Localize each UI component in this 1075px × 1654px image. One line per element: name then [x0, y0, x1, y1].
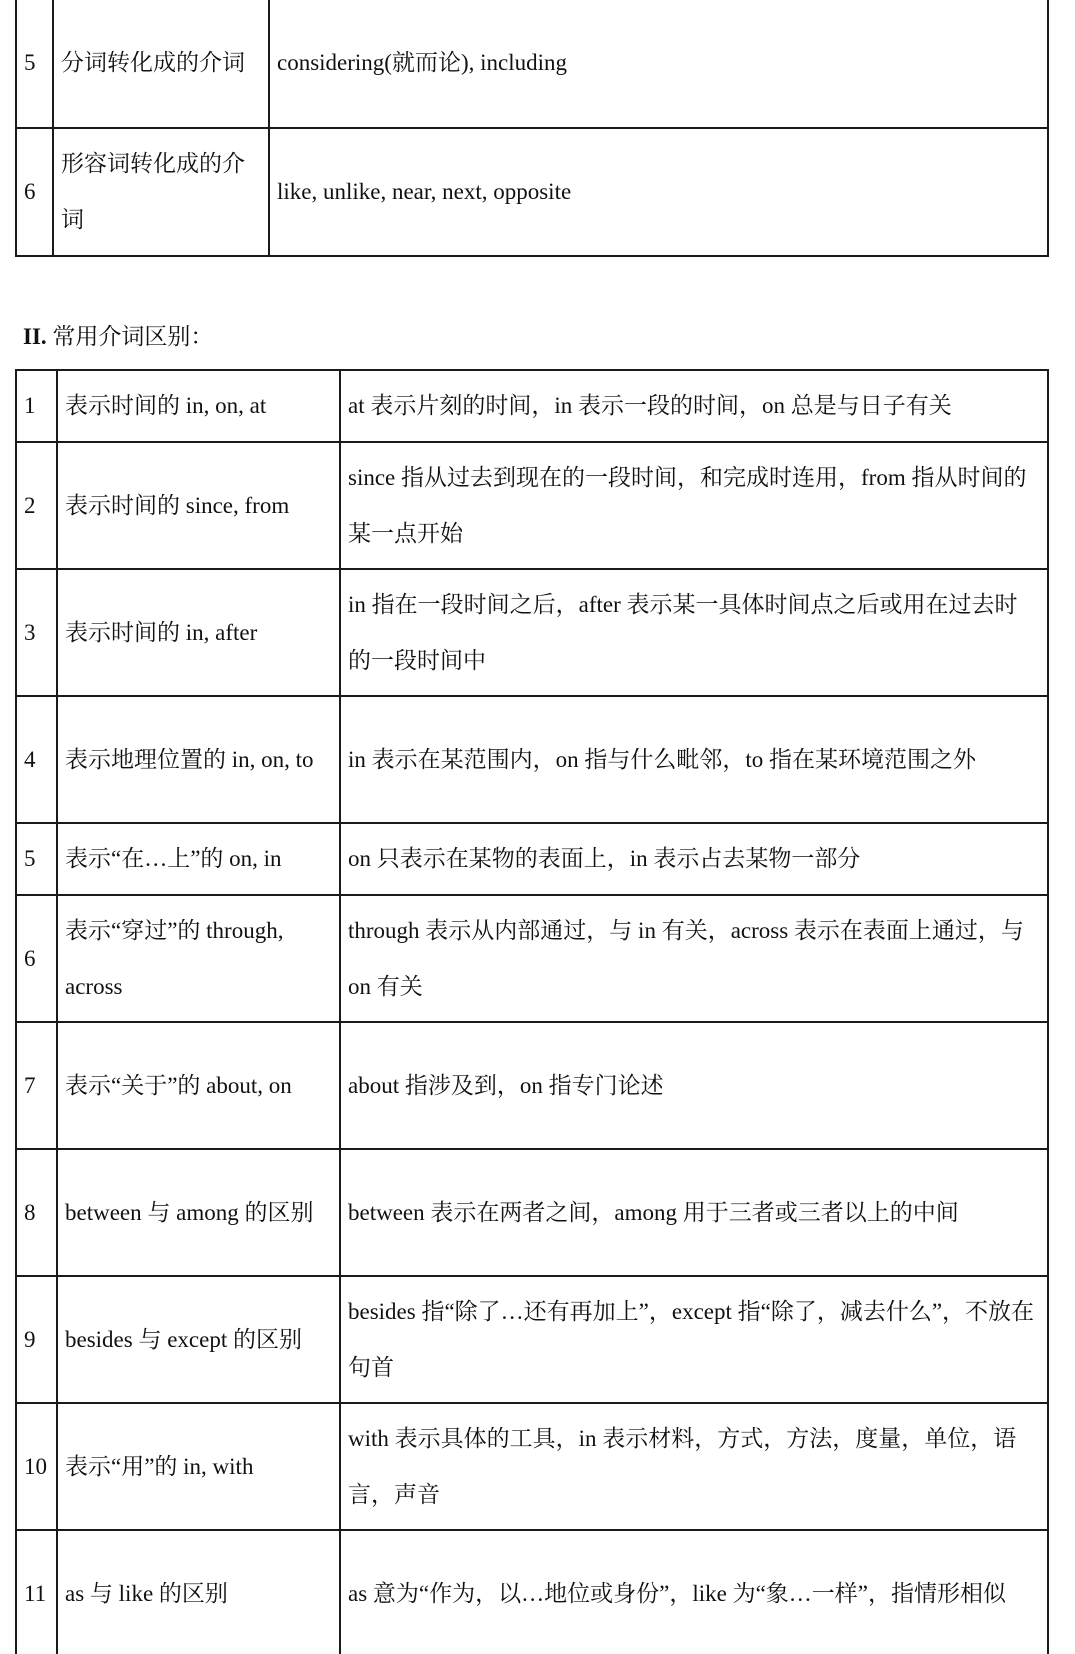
- table-row: 5 表示“在…上”的 on, in on 只表示在某物的表面上，in 表示占去某…: [16, 823, 1048, 895]
- preposition-differences-table: 1 表示时间的 in, on, at at 表示片刻的时间，in 表示一段的时间…: [15, 369, 1049, 1654]
- section-title-text: 常用介词区别：: [52, 324, 213, 349]
- section-heading: II. 常用介词区别：: [23, 322, 213, 352]
- row-number: 1: [16, 370, 57, 442]
- explanation-cell: with 表示具体的工具，in 表示材料，方式，方法，度量，单位，语言，声音: [340, 1403, 1048, 1530]
- topic-cell: besides 与 except 的区别: [57, 1276, 340, 1403]
- row-number: 5: [16, 823, 57, 895]
- topic-cell: 表示时间的 in, on, at: [57, 370, 340, 442]
- table-row: 10 表示“用”的 in, with with 表示具体的工具，in 表示材料，…: [16, 1403, 1048, 1530]
- explanation-cell: between 表示在两者之间，among 用于三者或三者以上的中间: [340, 1149, 1048, 1276]
- row-number: 6: [16, 128, 53, 256]
- topic-cell: 表示地理位置的 in, on, to: [57, 696, 340, 823]
- topic-cell: 表示时间的 in, after: [57, 569, 340, 696]
- table-row: 11 as 与 like 的区别 as 意为“作为，以…地位或身份”，like …: [16, 1530, 1048, 1654]
- category-cell: 形容词转化成的介词: [53, 128, 269, 256]
- table-row: 8 between 与 among 的区别 between 表示在两者之间，am…: [16, 1149, 1048, 1276]
- explanation-cell: on 只表示在某物的表面上，in 表示占去某物一部分: [340, 823, 1048, 895]
- explanation-cell: in 指在一段时间之后，after 表示某一具体时间点之后或用在过去时的一段时间…: [340, 569, 1048, 696]
- topic-cell: 表示“穿过”的 through, across: [57, 895, 340, 1022]
- table-row: 6 表示“穿过”的 through, across through 表示从内部通…: [16, 895, 1048, 1022]
- table-row: 7 表示“关于”的 about, on about 指涉及到，on 指专门论述: [16, 1022, 1048, 1149]
- row-number: 5: [16, 0, 53, 128]
- table-row: 2 表示时间的 since, from since 指从过去到现在的一段时间，和…: [16, 442, 1048, 569]
- table-row: 4 表示地理位置的 in, on, to in 表示在某范围内，on 指与什么毗…: [16, 696, 1048, 823]
- category-cell: 分词转化成的介词: [53, 0, 269, 128]
- examples-cell: like, unlike, near, next, opposite: [269, 128, 1048, 256]
- row-number: 3: [16, 569, 57, 696]
- row-number: 6: [16, 895, 57, 1022]
- row-number: 11: [16, 1530, 57, 1654]
- row-number: 8: [16, 1149, 57, 1276]
- topic-cell: 表示时间的 since, from: [57, 442, 340, 569]
- topic-cell: as 与 like 的区别: [57, 1530, 340, 1654]
- table-row: 3 表示时间的 in, after in 指在一段时间之后，after 表示某一…: [16, 569, 1048, 696]
- table-row: 5 分词转化成的介词 considering(就而论), including: [16, 0, 1048, 128]
- examples-cell: considering(就而论), including: [269, 0, 1048, 128]
- table-row: 1 表示时间的 in, on, at at 表示片刻的时间，in 表示一段的时间…: [16, 370, 1048, 442]
- explanation-cell: since 指从过去到现在的一段时间，和完成时连用，from 指从时间的某一点开…: [340, 442, 1048, 569]
- explanation-cell: about 指涉及到，on 指专门论述: [340, 1022, 1048, 1149]
- table-row: 6 形容词转化成的介词 like, unlike, near, next, op…: [16, 128, 1048, 256]
- section-number: II.: [23, 324, 47, 349]
- explanation-cell: besides 指“除了…还有再加上”，except 指“除了，减去什么”，不放…: [340, 1276, 1048, 1403]
- row-number: 10: [16, 1403, 57, 1530]
- row-number: 7: [16, 1022, 57, 1149]
- row-number: 4: [16, 696, 57, 823]
- topic-cell: 表示“关于”的 about, on: [57, 1022, 340, 1149]
- topic-cell: between 与 among 的区别: [57, 1149, 340, 1276]
- topic-cell: 表示“在…上”的 on, in: [57, 823, 340, 895]
- explanation-cell: in 表示在某范围内，on 指与什么毗邻，to 指在某环境范围之外: [340, 696, 1048, 823]
- explanation-cell: at 表示片刻的时间，in 表示一段的时间，on 总是与日子有关: [340, 370, 1048, 442]
- explanation-cell: through 表示从内部通过，与 in 有关，across 表示在表面上通过，…: [340, 895, 1048, 1022]
- explanation-cell: as 意为“作为，以…地位或身份”，like 为“象…一样”，指情形相似: [340, 1530, 1048, 1654]
- row-number: 9: [16, 1276, 57, 1403]
- topic-cell: 表示“用”的 in, with: [57, 1403, 340, 1530]
- row-number: 2: [16, 442, 57, 569]
- table-row: 9 besides 与 except 的区别 besides 指“除了…还有再加…: [16, 1276, 1048, 1403]
- preposition-types-table: 5 分词转化成的介词 considering(就而论), including 6…: [15, 0, 1049, 257]
